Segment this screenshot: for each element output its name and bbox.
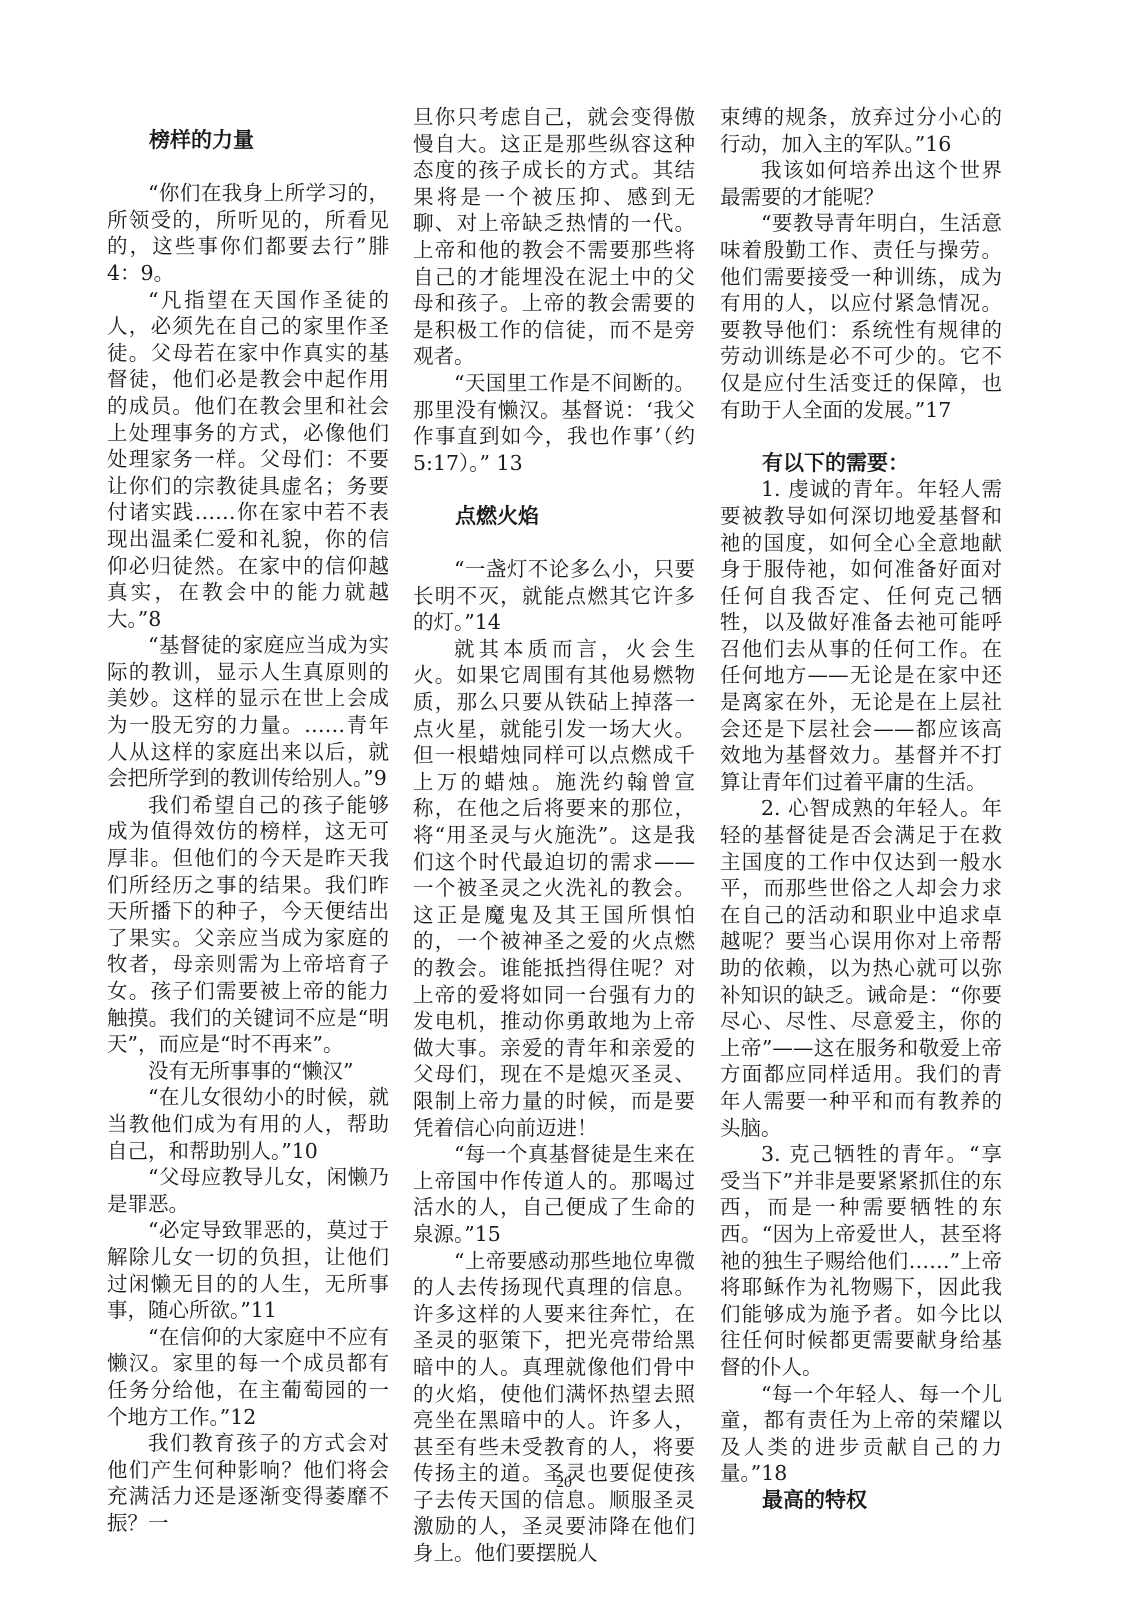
paragraph: “凡指望在天国作圣徒的人，必须先在自己的家里作圣徒。父母若在家中作真实的基督徒，… xyxy=(107,287,389,633)
paragraph: “基督徒的家庭应当成为实际的教训，显示人生真原则的美妙。这样的显示在世上会成为一… xyxy=(107,632,389,792)
list-item-self-sacrificing-youth: 3. 克己牺牲的青年。“享受当下”并非是要紧紧抓住的东西，而是一种需要牺牲的东西… xyxy=(720,1141,1002,1380)
section-heading-highest-privilege: 最高的特权 xyxy=(720,1487,1002,1514)
paragraph: “要教导青年明白，生活意味着殷勤工作、责任与操劳。他们需要接受一种训练，成为有用… xyxy=(720,210,1002,423)
spacer xyxy=(720,423,1002,450)
paragraph: “上帝要感动那些地位卑微的人去传扬现代真理的信息。许多这样的人要来往奔忙，在圣灵… xyxy=(413,1248,695,1567)
paragraph: “天国里工作是不间断的。那里没有懒汉。基督说：‘我父作事直到如今，我也作事’（约… xyxy=(413,370,695,476)
subheading-no-idlers: 没有无所事事的“懒汉” xyxy=(107,1058,389,1085)
paragraph: “每一个真基督徒是生来在上帝国中作传道人的。那喝过活水的人，自己便成了生命的泉源… xyxy=(413,1141,695,1247)
paragraph: “每一个年轻人、每一个儿童，都有责任为上帝的荣耀以及人类的进步贡献自己的力量。”… xyxy=(720,1381,1002,1487)
paragraph: “必定导致罪恶的，莫过于解除儿女一切的负担，让他们过闲懒无目的的人生，无所事事，… xyxy=(107,1217,389,1323)
page-number: 20 xyxy=(556,1474,572,1492)
paragraph: 我们教育孩子的方式会对他们产生何种影响？他们将会充满活力还是逐渐变得萎靡不振？一 xyxy=(107,1430,389,1536)
paragraph: “父母应教导儿女，闲懒乃是罪恶。 xyxy=(107,1164,389,1217)
section-heading-light-the-flame: 点燃火焰 xyxy=(413,503,695,530)
section-heading-power-of-example: 榜样的力量 xyxy=(107,127,389,154)
paragraph: 我该如何培养出这个世界最需要的才能呢？ xyxy=(720,157,1002,210)
column-left: 榜样的力量 “你们在我身上所学习的，所领受的，所听见的，所看见的，这些事你们都要… xyxy=(107,127,389,1536)
list-item-devout-youth: 1. 虔诚的青年。年轻人需要被教导如何深切地爱基督和祂的国度，如何全心全意地献身… xyxy=(720,476,1002,795)
column-right: 束缚的规条，放弃过分小心的行动，加入主的军队。”16 我该如何培养出这个世界最需… xyxy=(720,104,1002,1513)
paragraph: “在儿女很幼小的时候，就当教他们成为有用的人，帮助自己，和帮助别人。”10 xyxy=(107,1084,389,1164)
paragraph: “你们在我身上所学习的，所领受的，所听见的，所看见的，这些事你们都要去行”腓4：… xyxy=(107,180,389,286)
spacer xyxy=(413,530,695,557)
paragraph-continued: 束缚的规条，放弃过分小心的行动，加入主的军队。”16 xyxy=(720,104,1002,157)
paragraph: 我们希望自己的孩子能够成为值得效仿的榜样，这无可厚非。但他们的今天是昨天我们所经… xyxy=(107,792,389,1058)
list-item-mature-youth: 2. 心智成熟的年轻人。年轻的基督徒是否会满足于在救主国度的工作中仅达到一般水平… xyxy=(720,795,1002,1141)
paragraph: “一盏灯不论多么小，只要长明不灭，就能点燃其它许多的灯。”14 xyxy=(413,556,695,636)
paragraph: “在信仰的大家庭中不应有懒汉。家里的每一个成员都有任务分给他，在主葡萄园的一个地… xyxy=(107,1324,389,1430)
paragraph-continued: 旦你只考虑自己，就会变得傲慢自大。这正是那些纵容这种态度的孩子成长的方式。其结果… xyxy=(413,104,695,370)
column-middle: 旦你只考虑自己，就会变得傲慢自大。这正是那些纵容这种态度的孩子成长的方式。其结果… xyxy=(413,104,695,1567)
spacer xyxy=(107,154,389,181)
section-heading-following-needs: 有以下的需要： xyxy=(720,450,1002,477)
paragraph: 就其本质而言，火会生火。如果它周围有其他易燃物质，那么只要从铁砧上掉落一点火星，… xyxy=(413,636,695,1141)
spacer xyxy=(413,476,695,503)
